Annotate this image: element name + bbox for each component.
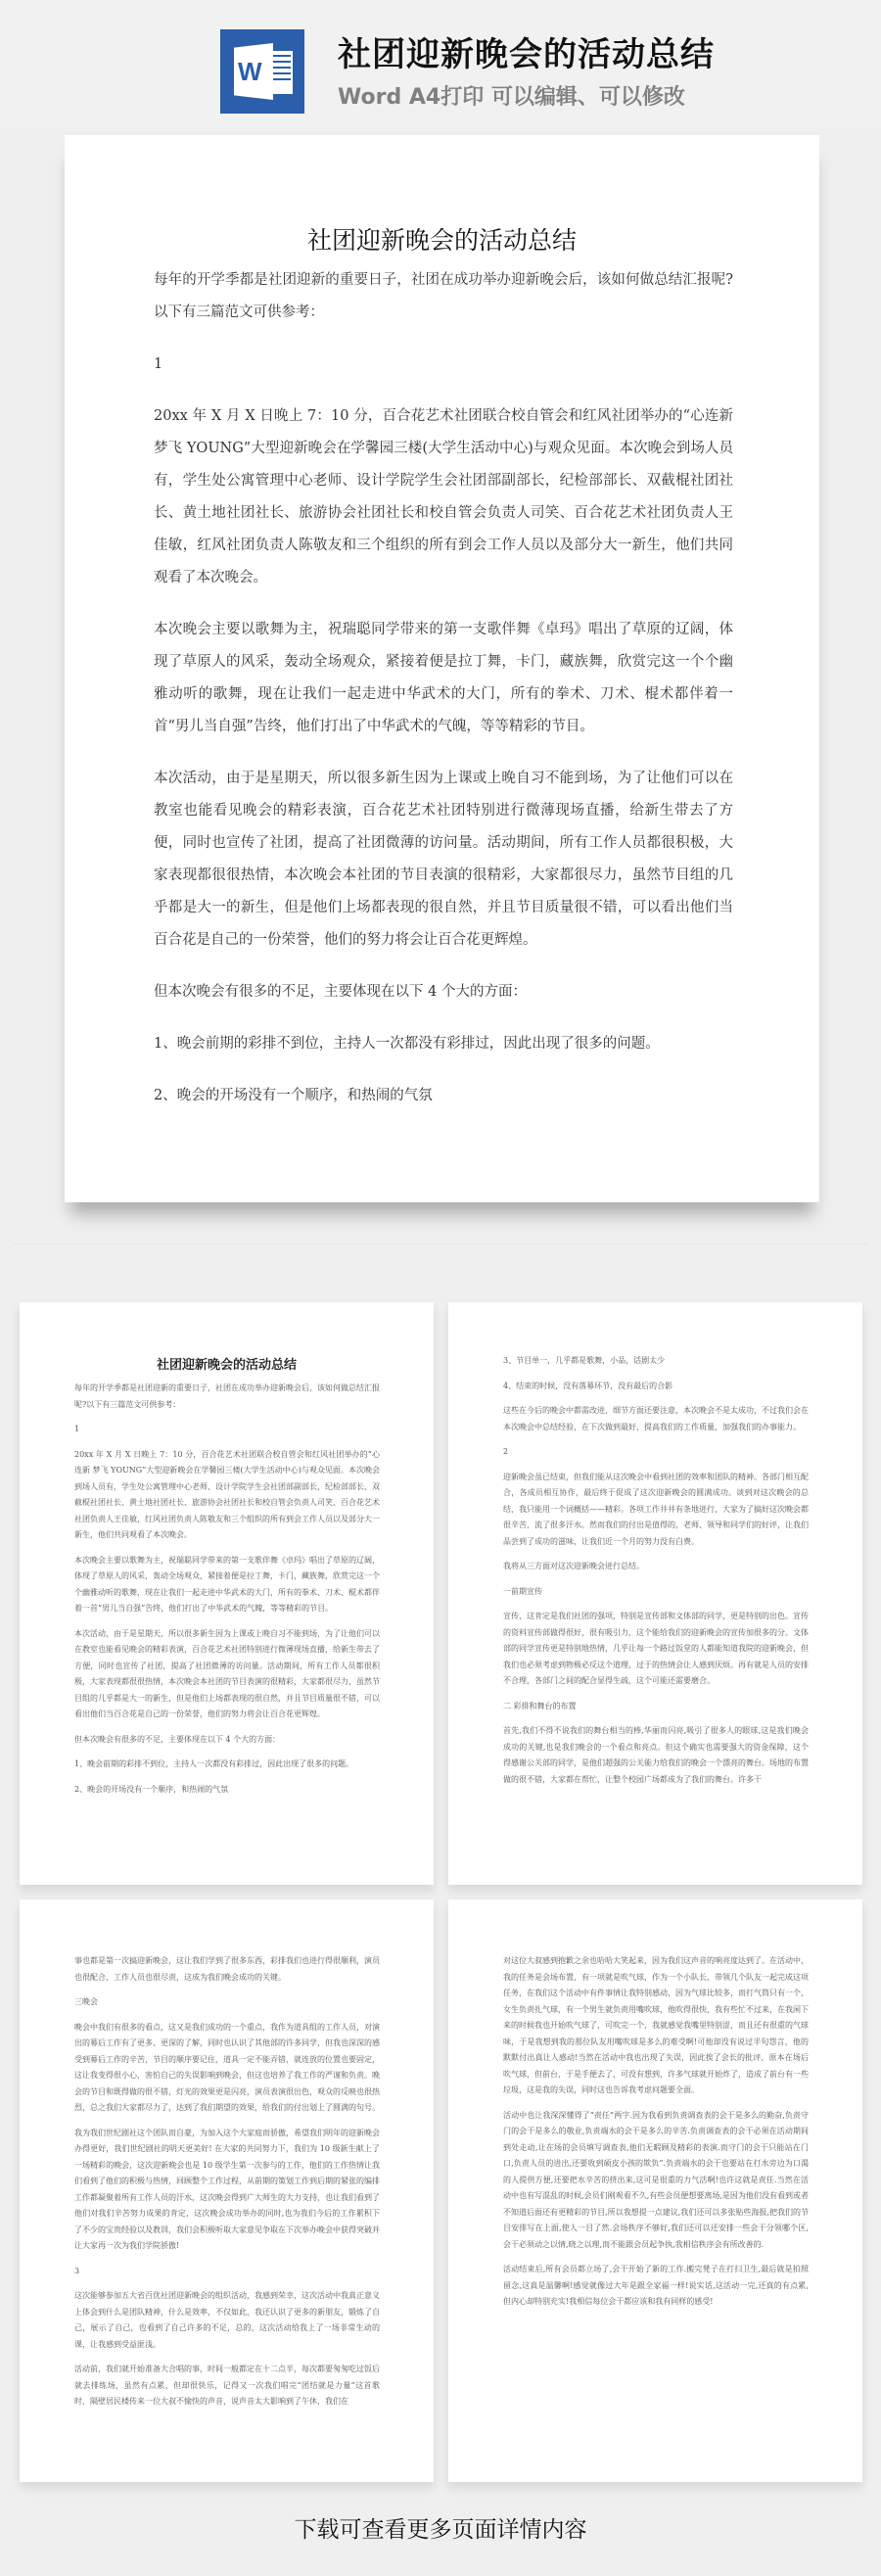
section-number: 1: [74, 1422, 380, 1438]
paragraph: 对这位大叔感到抱歉之余也哈哈大笑起来，因为我们这声音的响亮度达到了。在活动中，我…: [503, 1953, 809, 2099]
paragraph: 活动中也让我深深懂得了“责任”两字.因为我看到负责调查表的会干是多么的勤奋,负责…: [503, 2108, 809, 2254]
section-number: 1: [154, 349, 733, 381]
paragraph: 但本次晚会有很多的不足，主要体现在以下 4 个大的方面：: [74, 1732, 380, 1749]
paragraph: 这次能够参加五大省百优社团迎新晚会的组织活动，我感到荣幸，这次活动中我真正意义上…: [74, 2288, 380, 2353]
page-thumbnail-3[interactable]: 事也都是第一次搞迎新晚会，这让我们学到了很多东西，彩排我们也进行得很顺利，演员也…: [20, 1899, 434, 2482]
paragraph: 本次晚会主要以歌舞为主，祝瑞聪同学带来的第一支歌伴舞《卓玛》唱出了草原的辽阔，体…: [154, 614, 733, 743]
header-title: 社团迎新晚会的活动总结: [338, 27, 715, 75]
document-body: 每年的开学季都是社团迎新的重要日子，社团在成功举办迎新晚会后，该如何做总结汇报呢…: [154, 264, 733, 1132]
word-icon-lines: [271, 51, 293, 94]
document-title: 社团迎新晚会的活动总结: [65, 221, 819, 257]
thumbnail-title: 社团迎新晚会的活动总结: [20, 1354, 434, 1373]
paragraph: 每年的开学季都是社团迎新的重要日子，社团在成功举办迎新晚会后，该如何做总结汇报呢…: [74, 1381, 380, 1413]
paragraph: 活动前，我们就开始准备大合唱的事，时间一般都定在十二点半，每次都要匆匆吃过饭后就…: [74, 2362, 380, 2411]
paragraph: 这些在今后的晚会中都需改进，细节方面还要注意，本次晚会不是太成功，不过我们会在本…: [503, 1403, 809, 1435]
header-subtitle: Word A4打印 可以编辑、可以修改: [338, 80, 685, 111]
download-more-prompt: 下载可查看更多页面详情内容: [0, 2511, 881, 2544]
page-thumbnail-1[interactable]: 社团迎新晚会的活动总结 每年的开学季都是社团迎新的重要日子，社团在成功举办迎新晚…: [20, 1302, 434, 1885]
page-thumbnail-2[interactable]: 3、节目单一，几乎都是歌舞，小品，话剧太少 4、结束的时候，没有落幕环节，没有最…: [448, 1302, 862, 1885]
thumbnail-body: 每年的开学季都是社团迎新的重要日子，社团在成功举办迎新晚会后，该如何做总结汇报呢…: [74, 1381, 380, 1806]
paragraph: 宣传，这肯定是我们社团的强项，特别是宣传部和文体部的同学，更是特别的出色。宣传的…: [503, 1609, 809, 1690]
paragraph: 20xx 年 X 月 X 日晚上 7：10 分，百合花艺术社团联合校自管会和红风…: [74, 1447, 380, 1544]
paragraph: 本次活动，由于是星期天，所以很多新生因为上课或上晚自习不能到场，为了让他们可以在…: [74, 1626, 380, 1723]
section-number: 2: [503, 1444, 809, 1461]
paragraph: 每年的开学季都是社团迎新的重要日子，社团在成功举办迎新晚会后，该如何做总结汇报呢…: [154, 264, 733, 329]
paragraph: 事也都是第一次搞迎新晚会，这让我们学到了很多东西，彩排我们也进行得很顺利，演员也…: [74, 1953, 380, 1986]
paragraph: 20xx 年 X 月 X 日晚上 7：10 分，百合花艺术社团联合校自管会和红风…: [154, 400, 733, 594]
word-icon-letter: W: [238, 57, 262, 87]
paragraph: 我将从三方面对这次迎新晚会进行总结。: [503, 1559, 809, 1575]
section-number: 3: [74, 2264, 380, 2280]
list-item: 2、晚会的开场没有一个顺序，和热闹的气氛: [74, 1782, 380, 1799]
list-item: 1、晚会前期的彩排不到位，主持人一次都没有彩排过，因此出现了很多的问题。: [154, 1028, 733, 1060]
page-thumbnail-4[interactable]: 对这位大叔感到抱歉之余也哈哈大笑起来，因为我们这声音的响亮度达到了。在活动中，我…: [448, 1899, 862, 2482]
paragraph: 迎新晚会虽已结束，但我们能从这次晚会中看到社团的效率和团队的精神。各部门相互配合…: [503, 1470, 809, 1551]
paragraph: 首先,我们不得不说我们的舞台相当的棒,华丽而闪亮,吸引了很多人的眼球,这是我们晚…: [503, 1723, 809, 1788]
subheading: 二 彩排和舞台的布置: [503, 1699, 809, 1715]
subheading: 一前期宣传: [503, 1584, 809, 1601]
thumbnail-body: 对这位大叔感到抱歉之余也哈哈大笑起来，因为我们这声音的响亮度达到了。在活动中，我…: [503, 1953, 809, 2319]
thumbnail-body: 3、节目单一，几乎都是歌舞，小品，话剧太少 4、结束的时候，没有落幕环节，没有最…: [503, 1353, 809, 1797]
list-item: 2、晚会的开场没有一个顺序，和热闹的气氛: [154, 1080, 733, 1112]
paragraph: 我为我们世纪剧社这个团队而自豪，为加入这个大家庭而骄傲，希望我们明年的迎新晚会办…: [74, 2126, 380, 2255]
section-divider: [14, 1243, 867, 1244]
list-item: 3、节目单一，几乎都是歌舞，小品，话剧太少: [503, 1353, 809, 1370]
thumbnail-body: 事也都是第一次搞迎新晚会，这让我们学到了很多东西，彩排我们也进行得很顺利，演员也…: [74, 1953, 380, 2419]
paragraph: 但本次晚会有很多的不足，主要体现在以下 4 个大的方面：: [154, 976, 733, 1008]
subheading: 三晚会: [74, 1994, 380, 2011]
document-preview-page: 社团迎新晚会的活动总结 每年的开学季都是社团迎新的重要日子，社团在成功举办迎新晚…: [65, 135, 819, 1202]
paragraph: 本次晚会主要以歌舞为主，祝瑞聪同学带来的第一支歌伴舞《卓玛》唱出了草原的辽阔，体…: [74, 1553, 380, 1617]
paragraph: 晚会中我们有很多的看点，这又是我们成功的一个重点，我作为道具组的工作人员，对演出…: [74, 2020, 380, 2117]
list-item: 1、晚会前期的彩排不到位，主持人一次都没有彩排过，因此出现了很多的问题。: [74, 1756, 380, 1773]
paragraph: 活动结束后,所有会员都立场了,会干开始了新的工作.搬完凳子在打扫卫生,最后就是拍…: [503, 2262, 809, 2311]
list-item: 4、结束的时候，没有落幕环节，没有最后的合影: [503, 1379, 809, 1395]
word-document-icon: W: [220, 29, 304, 114]
header-banner: W 社团迎新晚会的活动总结 Word A4打印 可以编辑、可以修改: [0, 0, 881, 127]
paragraph: 本次活动，由于是星期天，所以很多新生因为上课或上晚自习不能到场，为了让他们可以在…: [154, 763, 733, 957]
